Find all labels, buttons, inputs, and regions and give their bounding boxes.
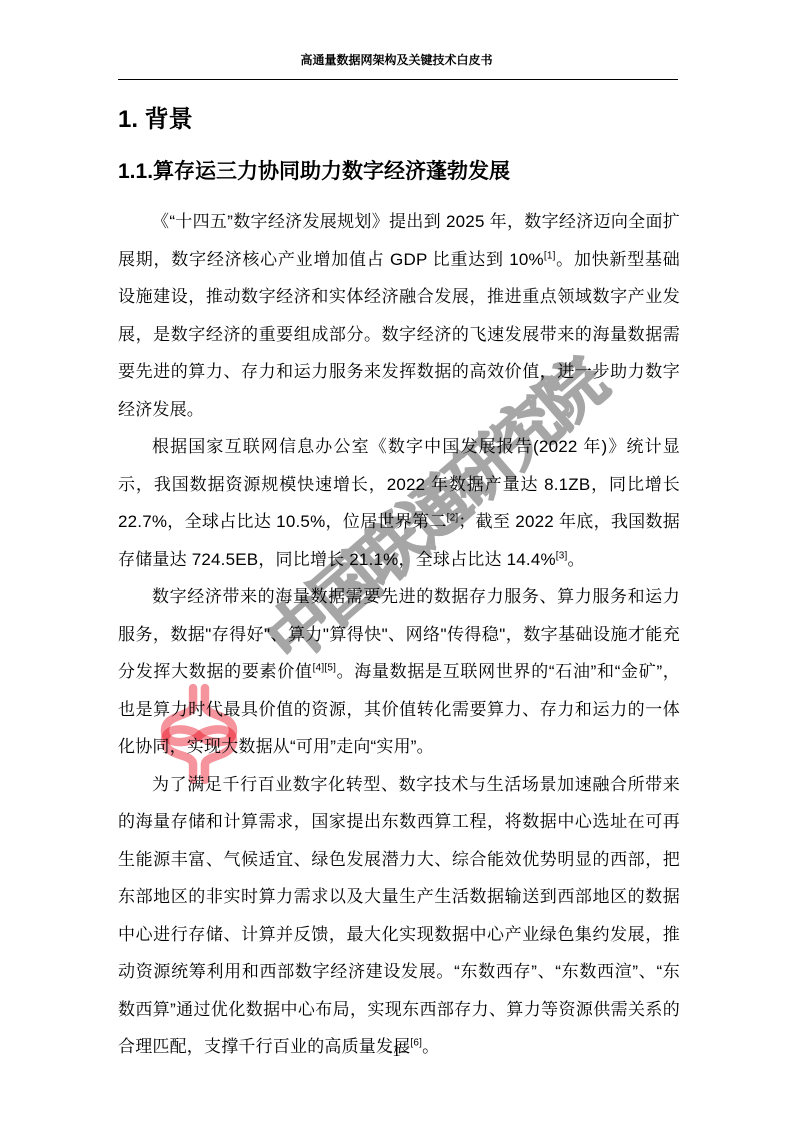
citation-ref: [2] [447,512,459,523]
paragraph-text: 。 [568,550,585,569]
document-page: 中国联通研究院 高通量数据网架构及关键技术白皮书 1. 背景 1.1.算存运三力… [0,0,793,1122]
page-number: -1- [0,1041,793,1061]
citation-ref: [1] [544,250,556,261]
page-header-title: 高通量数据网架构及关键技术白皮书 [0,51,793,68]
paragraph: 《“十四五”数字经济发展规划》提出到 2025 年，数字经济迈向全面扩展期，数字… [118,203,680,428]
header-rule [118,79,678,80]
paragraph: 数字经济带来的海量数据需要先进的数据存力服务、算力服务和运力服务，数据"存得好"… [118,578,680,766]
body-paragraphs: 《“十四五”数字经济发展规划》提出到 2025 年，数字经济迈向全面扩展期，数字… [118,203,680,1066]
section-heading: 1.1.算存运三力协同助力数字经济蓬勃发展 [118,155,510,185]
paragraph-text: 。加快新型基础设施建设，推动数字经济和实体经济融合发展，推进重点领域数字产业发展… [118,250,680,419]
paragraph-text: 为了满足千行百业数字化转型、数字技术与生活场景加速融合所带来的海量存储和计算需求… [118,775,680,1057]
paragraph: 为了满足千行百业数字化转型、数字技术与生活场景加速融合所带来的海量存储和计算需求… [118,766,680,1066]
paragraph: 根据国家互联网信息办公室《数字中国发展报告(2022 年)》统计显示，我国数据资… [118,428,680,578]
chapter-heading: 1. 背景 [118,99,193,134]
citation-ref: [3] [556,550,568,561]
citation-ref: [4][5] [313,662,336,673]
